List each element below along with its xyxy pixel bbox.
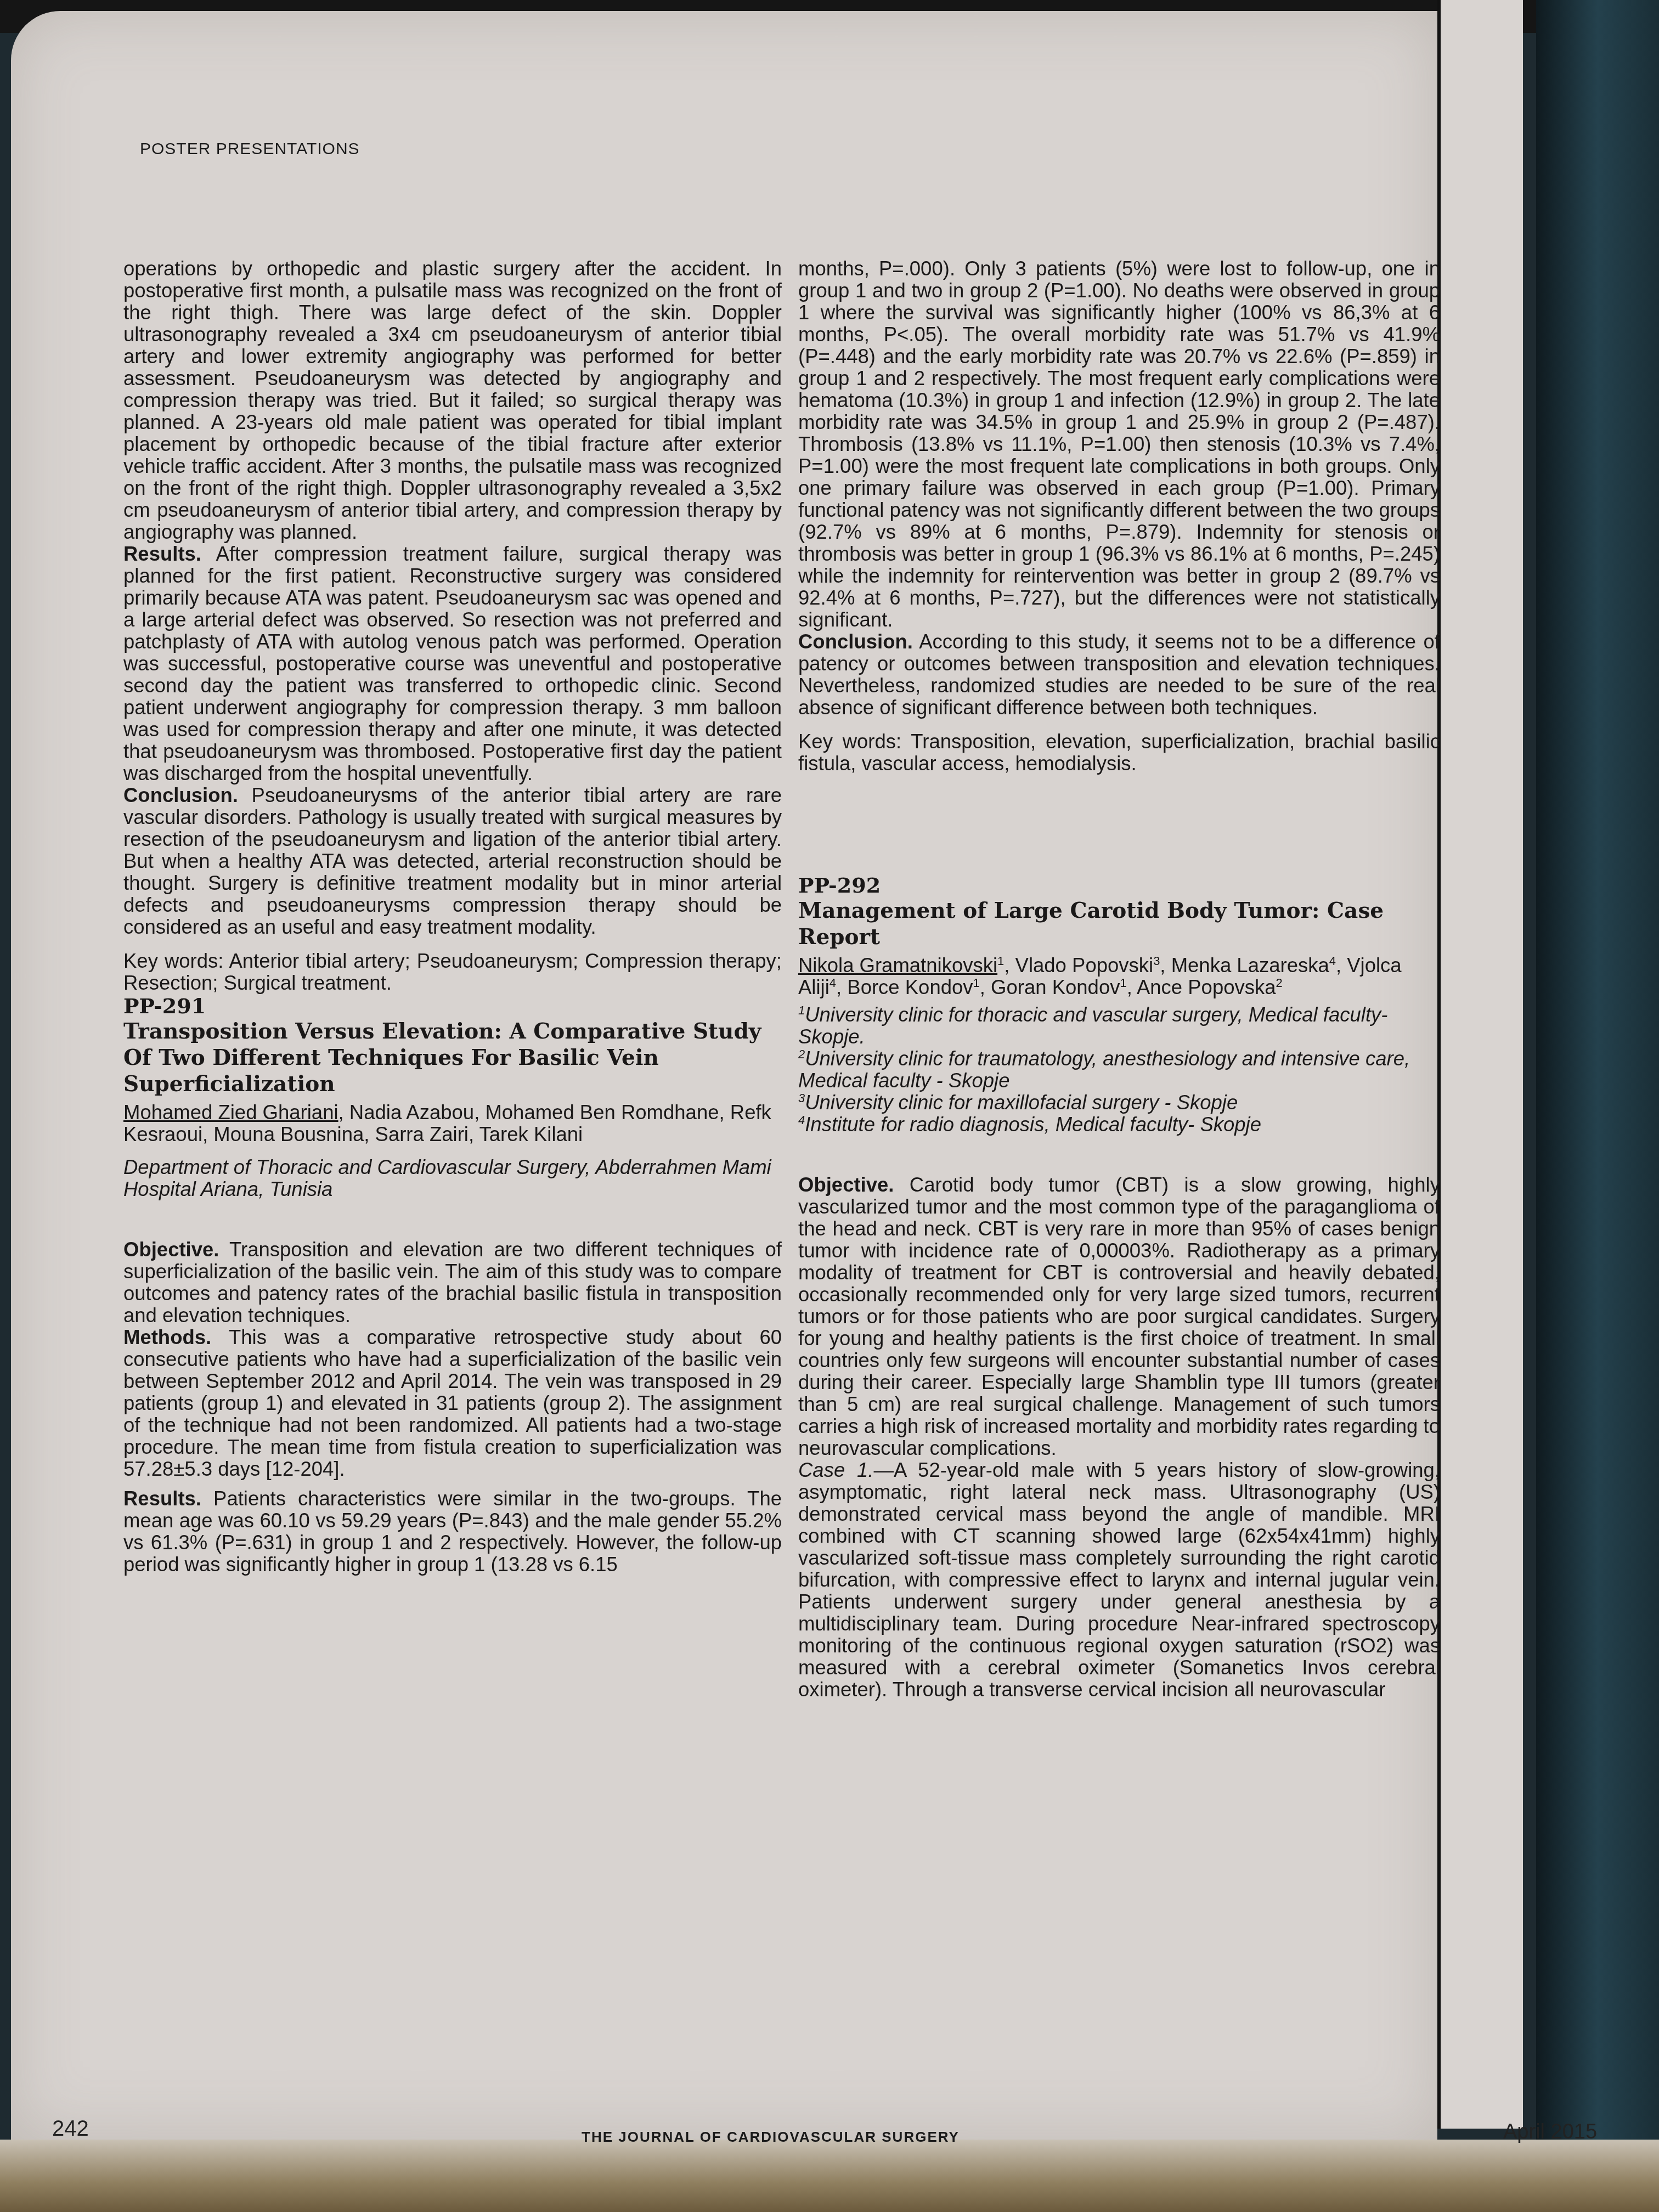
author: Vlado Popovski bbox=[1015, 954, 1154, 977]
author: Borce Kondov bbox=[847, 976, 973, 998]
affiliation-text: Institute for radio diagnosis, Medical f… bbox=[805, 1113, 1261, 1136]
presenting-author: Mohamed Zied Ghariani bbox=[123, 1101, 338, 1124]
journal-name: THE JOURNAL OF CARDIOVASCULAR SURGERY bbox=[582, 2129, 960, 2146]
section-label: Methods. bbox=[123, 1326, 211, 1348]
section-label: Conclusion. bbox=[123, 784, 238, 806]
case-text: —A 52-year-old male with 5 years history… bbox=[798, 1459, 1440, 1701]
methods-pp291: Methods. This was a comparative retrospe… bbox=[123, 1327, 782, 1480]
page-stack-edge bbox=[0, 2140, 1659, 2212]
abstract-title-pp291: Transposition Versus Elevation: A Compar… bbox=[123, 1018, 782, 1097]
case-1-pp292: Case 1.—A 52-year-old male with 5 years … bbox=[798, 1459, 1440, 1701]
results-continuation-pp291: months, P=.000). Only 3 patients (5%) we… bbox=[798, 258, 1440, 631]
prev-results: Results. After compression treatment fai… bbox=[123, 543, 782, 785]
affiliation-marker: 1 bbox=[798, 1003, 805, 1017]
author: Goran Kondov bbox=[991, 976, 1120, 998]
section-text: Transposition and elevation are two diff… bbox=[123, 1238, 782, 1327]
results-pp291: Results. Patients characteristics were s… bbox=[123, 1488, 782, 1576]
prev-abstract-continuation: operations by orthopedic and plastic sur… bbox=[123, 258, 782, 543]
running-head: POSTER PRESENTATIONS bbox=[140, 140, 360, 159]
section-label: Results. bbox=[123, 543, 201, 565]
affiliation-1: 1University clinic for thoracic and vasc… bbox=[798, 1004, 1440, 1048]
right-column: months, P=.000). Only 3 patients (5%) we… bbox=[798, 258, 1440, 1701]
results-text-left: Patients characteristics were similar in… bbox=[123, 1487, 782, 1576]
prev-keywords: Key words: Anterior tibial artery; Pseud… bbox=[123, 950, 782, 994]
abstract-title-pp292: Management of Large Carotid Body Tumor: … bbox=[798, 898, 1440, 950]
affiliation-marker: 1 bbox=[973, 976, 980, 990]
section-label: Conclusion. bbox=[798, 630, 913, 653]
affiliation-marker: 4 bbox=[1329, 954, 1336, 968]
conclusion-pp291: Conclusion. According to this study, it … bbox=[798, 631, 1440, 719]
abstract-code-pp291: PP-291 bbox=[123, 994, 782, 1018]
section-text: This was a comparative retrospective stu… bbox=[123, 1326, 782, 1480]
author: Menka Lazareska bbox=[1171, 954, 1329, 977]
affiliation-text: University clinic for maxillofacial surg… bbox=[805, 1091, 1238, 1114]
abstract-code-pp292: PP-292 bbox=[798, 873, 1440, 898]
keywords-pp291: Key words: Transposition, elevation, sup… bbox=[798, 731, 1440, 775]
affiliation-marker: 3 bbox=[798, 1091, 805, 1105]
affiliation-text: University clinic for thoracic and vascu… bbox=[798, 1003, 1387, 1048]
affiliation-3: 3University clinic for maxillofacial sur… bbox=[798, 1092, 1440, 1114]
affiliation-2: 2University clinic for traumatology, ane… bbox=[798, 1048, 1440, 1092]
section-label: Objective. bbox=[798, 1173, 894, 1196]
authors-pp291: Mohamed Zied Ghariani, Nadia Azabou, Moh… bbox=[123, 1102, 782, 1145]
affiliation-marker: 2 bbox=[1276, 976, 1283, 990]
affiliation-marker: 1 bbox=[1120, 976, 1126, 990]
objective-pp292: Objective. Carotid body tumor (CBT) is a… bbox=[798, 1174, 1440, 1459]
left-column: operations by orthopedic and plastic sur… bbox=[123, 258, 782, 1576]
affiliation-pp291: Department of Thoracic and Cardiovascula… bbox=[123, 1156, 782, 1200]
section-label: Objective. bbox=[123, 1238, 219, 1261]
presenting-author: Nikola Gramatnikovski bbox=[798, 954, 997, 977]
author: Ance Popovska bbox=[1137, 976, 1276, 998]
section-text: After compression treatment failure, sur… bbox=[123, 543, 782, 785]
affiliation-marker: 4 bbox=[830, 976, 836, 990]
section-text: Carotid body tumor (CBT) is a slow growi… bbox=[798, 1173, 1440, 1459]
objective-pp291: Objective. Transposition and elevation a… bbox=[123, 1239, 782, 1327]
affiliation-marker: 2 bbox=[798, 1047, 805, 1061]
affiliation-marker: 1 bbox=[997, 954, 1004, 968]
affiliation-text: University clinic for traumatology, anes… bbox=[798, 1047, 1410, 1092]
affiliation-marker: 3 bbox=[1153, 954, 1160, 968]
section-label: Results. bbox=[123, 1487, 201, 1510]
authors-pp292: Nikola Gramatnikovski1, Vlado Popovski3,… bbox=[798, 955, 1440, 998]
prev-conclusion: Conclusion. Pseudoaneurysms of the anter… bbox=[123, 785, 782, 938]
issue-date: April 2015 bbox=[1503, 2120, 1597, 2144]
section-text: Pseudoaneurysms of the anterior tibial a… bbox=[123, 784, 782, 938]
affiliation-marker: 4 bbox=[798, 1113, 805, 1127]
page-number: 242 bbox=[52, 2117, 89, 2141]
background-surface bbox=[1536, 0, 1659, 2212]
affiliation-4: 4Institute for radio diagnosis, Medical … bbox=[798, 1114, 1440, 1136]
case-label: Case 1. bbox=[798, 1459, 873, 1481]
underlying-page-edge bbox=[1437, 0, 1523, 2129]
